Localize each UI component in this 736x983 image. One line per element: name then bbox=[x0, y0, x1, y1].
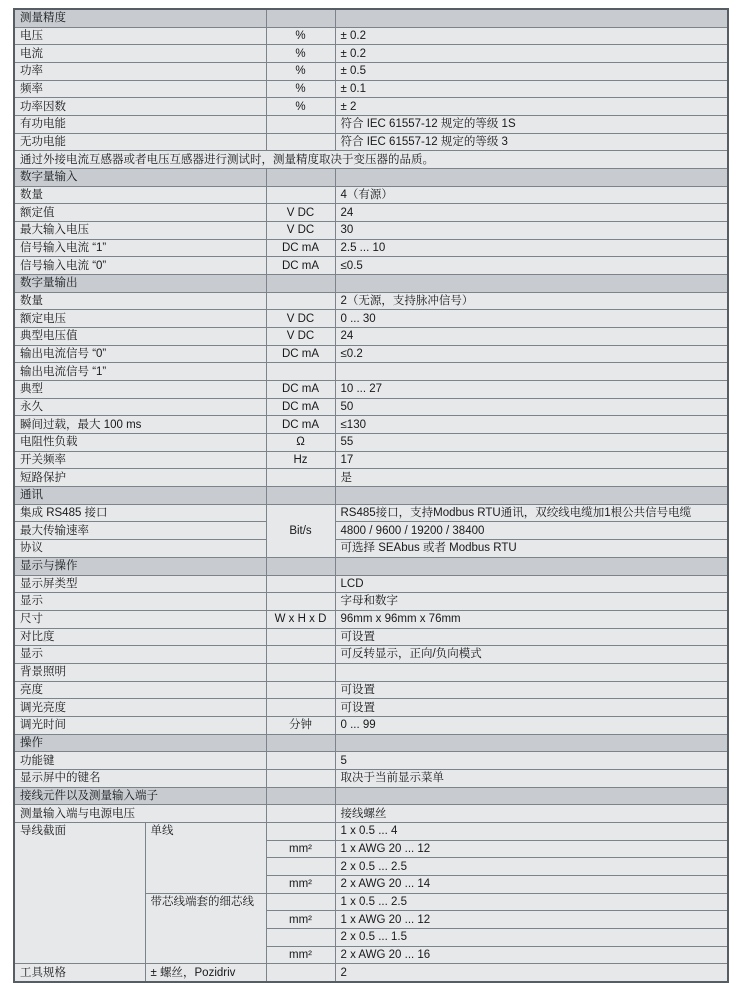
spec-value: 0 ... 99 bbox=[335, 716, 728, 734]
spec-label: 开关频率 bbox=[14, 451, 266, 469]
spec-unit: V DC bbox=[266, 222, 335, 240]
spec-value bbox=[335, 734, 728, 752]
spec-value: 55 bbox=[335, 434, 728, 452]
spec-value: 1 x 0.5 ... 4 bbox=[335, 822, 728, 840]
spec-label: 电流 bbox=[14, 45, 266, 63]
spec-value: 5 bbox=[335, 752, 728, 770]
section-header-row: 数字量输出 bbox=[14, 275, 728, 293]
spec-row: 功能键 5 bbox=[14, 752, 728, 770]
spec-value: 2.5 ... 10 bbox=[335, 239, 728, 257]
spec-sublabel: 带芯线端套的细芯线 bbox=[145, 893, 266, 964]
spec-value bbox=[335, 487, 728, 505]
spec-unit bbox=[266, 893, 335, 911]
spec-value: 24 bbox=[335, 328, 728, 346]
spec-value: ≤0.5 bbox=[335, 257, 728, 275]
spec-value: 符合 IEC 61557-12 规定的等级 3 bbox=[335, 133, 728, 151]
spec-row: 额定电压 V DC 0 ... 30 bbox=[14, 310, 728, 328]
spec-value: 2（无源，支持脉冲信号） bbox=[335, 292, 728, 310]
spec-value bbox=[335, 363, 728, 381]
spec-unit bbox=[266, 787, 335, 805]
spec-unit bbox=[266, 752, 335, 770]
spec-value: 1 x 0.5 ... 2.5 bbox=[335, 893, 728, 911]
spec-unit bbox=[266, 557, 335, 575]
spec-unit: % bbox=[266, 80, 335, 98]
spec-row: 显示 字母和数字 bbox=[14, 593, 728, 611]
spec-unit bbox=[266, 699, 335, 717]
section-title: 通讯 bbox=[14, 487, 266, 505]
spec-value: RS485接口，支持Modbus RTU通讯，双绞线电缆加1根公共信号电缆 bbox=[335, 504, 728, 522]
spec-value: 可反转显示，正向/负向模式 bbox=[335, 646, 728, 664]
spec-unit bbox=[266, 487, 335, 505]
spec-value: 2 bbox=[335, 964, 728, 982]
spec-row: 调光亮度 可设置 bbox=[14, 699, 728, 717]
spec-label: 对比度 bbox=[14, 628, 266, 646]
spec-unit bbox=[266, 169, 335, 187]
spec-value: 可设置 bbox=[335, 699, 728, 717]
spec-row: 显示 可反转显示，正向/负向模式 bbox=[14, 646, 728, 664]
spec-value: 50 bbox=[335, 398, 728, 416]
spec-label: 信号输入电流 “1” bbox=[14, 239, 266, 257]
spec-value: 10 ... 27 bbox=[335, 381, 728, 399]
spec-value: LCD bbox=[335, 575, 728, 593]
spec-row: 协议 可选择 SEAbus 或者 Modbus RTU bbox=[14, 540, 728, 558]
spec-row: 亮度 可设置 bbox=[14, 681, 728, 699]
spec-row: 对比度 可设置 bbox=[14, 628, 728, 646]
spec-unit bbox=[266, 769, 335, 787]
spec-unit: V DC bbox=[266, 310, 335, 328]
spec-label: 亮度 bbox=[14, 681, 266, 699]
spec-row: 永久 DC mA 50 bbox=[14, 398, 728, 416]
spec-row: 导线截面 单线 1 x 0.5 ... 4 bbox=[14, 822, 728, 840]
spec-label: 瞬间过载，最大 100 ms bbox=[14, 416, 266, 434]
section-title: 数字量输入 bbox=[14, 169, 266, 187]
spec-label: 调光亮度 bbox=[14, 699, 266, 717]
spec-label: 功率因数 bbox=[14, 98, 266, 116]
spec-value: 2 x 0.5 ... 2.5 bbox=[335, 858, 728, 876]
spec-row: 电压 % ± 0.2 bbox=[14, 27, 728, 45]
spec-value: 1 x AWG 20 ... 12 bbox=[335, 911, 728, 929]
section-title: 显示与操作 bbox=[14, 557, 266, 575]
spec-label: 背景照明 bbox=[14, 663, 266, 681]
spec-value: ± 0.5 bbox=[335, 63, 728, 81]
spec-unit bbox=[266, 734, 335, 752]
spec-row: 工具规格 ± 螺丝，Pozidriv 2 bbox=[14, 964, 728, 982]
spec-unit: 分钟 bbox=[266, 716, 335, 734]
spec-unit: W x H x D bbox=[266, 610, 335, 628]
spec-value: 2 x 0.5 ... 1.5 bbox=[335, 928, 728, 946]
spec-row: 开关频率 Hz 17 bbox=[14, 451, 728, 469]
spec-unit bbox=[266, 133, 335, 151]
spec-value: 24 bbox=[335, 204, 728, 222]
spec-unit: V DC bbox=[266, 328, 335, 346]
section-title: 测量精度 bbox=[14, 9, 266, 27]
spec-row: 输出电流信号 “1” bbox=[14, 363, 728, 381]
spec-label: 调光时间 bbox=[14, 716, 266, 734]
spec-unit: % bbox=[266, 98, 335, 116]
spec-unit bbox=[266, 646, 335, 664]
spec-row: 典型电压值 V DC 24 bbox=[14, 328, 728, 346]
spec-label: 最大输入电压 bbox=[14, 222, 266, 240]
spec-label: 功率 bbox=[14, 63, 266, 81]
spec-row: 短路保护 是 bbox=[14, 469, 728, 487]
spec-table: 测量精度 电压 % ± 0.2 电流 % ± 0.2 功率 % ± 0.5 频率… bbox=[13, 8, 729, 983]
section-header-row: 显示与操作 bbox=[14, 557, 728, 575]
spec-value: ± 0.2 bbox=[335, 45, 728, 63]
spec-row: 信号输入电流 “1” DC mA 2.5 ... 10 bbox=[14, 239, 728, 257]
spec-unit: Bit/s bbox=[266, 504, 335, 557]
spec-label: 短路保护 bbox=[14, 469, 266, 487]
spec-row: 调光时间 分钟 0 ... 99 bbox=[14, 716, 728, 734]
spec-unit bbox=[266, 822, 335, 840]
spec-value: ≤130 bbox=[335, 416, 728, 434]
spec-row: 显示屏类型 LCD bbox=[14, 575, 728, 593]
spec-row: 电阻性负载 Ω 55 bbox=[14, 434, 728, 452]
spec-label: 额定电压 bbox=[14, 310, 266, 328]
spec-value: 取决于当前显示菜单 bbox=[335, 769, 728, 787]
spec-unit bbox=[266, 116, 335, 134]
spec-label: 输出电流信号 “1” bbox=[14, 363, 266, 381]
spec-value: 96mm x 96mm x 76mm bbox=[335, 610, 728, 628]
spec-label: 功能键 bbox=[14, 752, 266, 770]
spec-label: 电阻性负载 bbox=[14, 434, 266, 452]
spec-value bbox=[335, 787, 728, 805]
spec-unit: % bbox=[266, 63, 335, 81]
spec-value bbox=[335, 663, 728, 681]
spec-unit: DC mA bbox=[266, 416, 335, 434]
section-header-row: 通讯 bbox=[14, 487, 728, 505]
spec-row: 额定值 V DC 24 bbox=[14, 204, 728, 222]
section-header-row: 接线元件以及测量输入端子 bbox=[14, 787, 728, 805]
spec-value: 30 bbox=[335, 222, 728, 240]
spec-value: 4（有源） bbox=[335, 186, 728, 204]
spec-label: 信号输入电流 “0” bbox=[14, 257, 266, 275]
spec-unit: Ω bbox=[266, 434, 335, 452]
spec-unit bbox=[266, 805, 335, 823]
spec-row: 背景照明 bbox=[14, 663, 728, 681]
spec-sheet: 测量精度 电压 % ± 0.2 电流 % ± 0.2 功率 % ± 0.5 频率… bbox=[13, 8, 729, 983]
spec-sublabel: 单线 bbox=[145, 822, 266, 893]
spec-value: 字母和数字 bbox=[335, 593, 728, 611]
spec-label: 显示屏中的键名 bbox=[14, 769, 266, 787]
spec-unit: DC mA bbox=[266, 381, 335, 399]
spec-sublabel: ± 螺丝，Pozidriv bbox=[145, 964, 266, 982]
spec-value: ± 2 bbox=[335, 98, 728, 116]
spec-value: 2 x AWG 20 ... 16 bbox=[335, 946, 728, 964]
spec-label: 无功电能 bbox=[14, 133, 266, 151]
spec-label: 协议 bbox=[14, 540, 266, 558]
spec-unit bbox=[266, 964, 335, 982]
spec-row: 瞬间过载，最大 100 ms DC mA ≤130 bbox=[14, 416, 728, 434]
spec-label: 频率 bbox=[14, 80, 266, 98]
section-header-row: 数字量输入 bbox=[14, 169, 728, 187]
spec-row: 信号输入电流 “0” DC mA ≤0.5 bbox=[14, 257, 728, 275]
spec-unit bbox=[266, 681, 335, 699]
spec-label: 永久 bbox=[14, 398, 266, 416]
spec-row: 有功电能 符合 IEC 61557-12 规定的等级 1S bbox=[14, 116, 728, 134]
spec-value: 可设置 bbox=[335, 628, 728, 646]
spec-label: 尺寸 bbox=[14, 610, 266, 628]
spec-label: 显示 bbox=[14, 646, 266, 664]
spec-value: 2 x AWG 20 ... 14 bbox=[335, 875, 728, 893]
spec-label: 集成 RS485 接口 bbox=[14, 504, 266, 522]
spec-value: ≤0.2 bbox=[335, 345, 728, 363]
spec-row: 功率因数 % ± 2 bbox=[14, 98, 728, 116]
spec-value bbox=[335, 169, 728, 187]
spec-label: 显示屏类型 bbox=[14, 575, 266, 593]
spec-row: 典型 DC mA 10 ... 27 bbox=[14, 381, 728, 399]
spec-label: 数量 bbox=[14, 292, 266, 310]
spec-unit bbox=[266, 292, 335, 310]
spec-unit bbox=[266, 858, 335, 876]
spec-unit bbox=[266, 593, 335, 611]
spec-row: 频率 % ± 0.1 bbox=[14, 80, 728, 98]
spec-unit bbox=[266, 275, 335, 293]
spec-row: 数量 2（无源，支持脉冲信号） bbox=[14, 292, 728, 310]
spec-unit: DC mA bbox=[266, 345, 335, 363]
section-header-row: 测量精度 bbox=[14, 9, 728, 27]
spec-unit: V DC bbox=[266, 204, 335, 222]
spec-label: 显示 bbox=[14, 593, 266, 611]
spec-unit: % bbox=[266, 27, 335, 45]
section-title: 数字量输出 bbox=[14, 275, 266, 293]
spec-unit: Hz bbox=[266, 451, 335, 469]
spec-row: 电流 % ± 0.2 bbox=[14, 45, 728, 63]
spec-value bbox=[335, 9, 728, 27]
spec-label: 有功电能 bbox=[14, 116, 266, 134]
spec-value: ± 0.2 bbox=[335, 27, 728, 45]
spec-value: 可设置 bbox=[335, 681, 728, 699]
spec-label: 最大传输速率 bbox=[14, 522, 266, 540]
spec-label: 导线截面 bbox=[14, 822, 145, 963]
spec-value: 4800 / 9600 / 19200 / 38400 bbox=[335, 522, 728, 540]
spec-unit: mm² bbox=[266, 946, 335, 964]
spec-value: 1 x AWG 20 ... 12 bbox=[335, 840, 728, 858]
spec-value bbox=[335, 275, 728, 293]
spec-unit bbox=[266, 469, 335, 487]
spec-row: 测量输入端与电源电压 接线螺丝 bbox=[14, 805, 728, 823]
spec-unit: mm² bbox=[266, 911, 335, 929]
spec-unit: mm² bbox=[266, 875, 335, 893]
spec-label: 典型电压值 bbox=[14, 328, 266, 346]
spec-row: 集成 RS485 接口 Bit/s RS485接口，支持Modbus RTU通讯… bbox=[14, 504, 728, 522]
spec-unit: DC mA bbox=[266, 239, 335, 257]
spec-value: 可选择 SEAbus 或者 Modbus RTU bbox=[335, 540, 728, 558]
spec-unit bbox=[266, 575, 335, 593]
spec-row: 功率 % ± 0.5 bbox=[14, 63, 728, 81]
spec-label: 额定值 bbox=[14, 204, 266, 222]
spec-value: 17 bbox=[335, 451, 728, 469]
spec-unit: DC mA bbox=[266, 257, 335, 275]
spec-unit bbox=[266, 628, 335, 646]
spec-label: 测量输入端与电源电压 bbox=[14, 805, 266, 823]
note-row: 通过外接电流互感器或者电压互感器进行测试时，测量精度取决于变压器的品质。 bbox=[14, 151, 728, 169]
spec-label: 输出电流信号 “0” bbox=[14, 345, 266, 363]
spec-value: ± 0.1 bbox=[335, 80, 728, 98]
spec-unit bbox=[266, 9, 335, 27]
spec-row: 输出电流信号 “0” DC mA ≤0.2 bbox=[14, 345, 728, 363]
note-text: 通过外接电流互感器或者电压互感器进行测试时，测量精度取决于变压器的品质。 bbox=[14, 151, 728, 169]
spec-label: 电压 bbox=[14, 27, 266, 45]
spec-row: 最大输入电压 V DC 30 bbox=[14, 222, 728, 240]
section-title: 接线元件以及测量输入端子 bbox=[14, 787, 266, 805]
spec-value bbox=[335, 557, 728, 575]
spec-unit bbox=[266, 363, 335, 381]
spec-value: 符合 IEC 61557-12 规定的等级 1S bbox=[335, 116, 728, 134]
spec-unit: DC mA bbox=[266, 398, 335, 416]
spec-unit: mm² bbox=[266, 840, 335, 858]
spec-value: 是 bbox=[335, 469, 728, 487]
spec-unit bbox=[266, 186, 335, 204]
spec-label: 数量 bbox=[14, 186, 266, 204]
spec-value: 0 ... 30 bbox=[335, 310, 728, 328]
spec-unit bbox=[266, 928, 335, 946]
spec-row: 尺寸 W x H x D 96mm x 96mm x 76mm bbox=[14, 610, 728, 628]
spec-unit: % bbox=[266, 45, 335, 63]
section-header-row: 操作 bbox=[14, 734, 728, 752]
spec-row: 显示屏中的键名 取决于当前显示菜单 bbox=[14, 769, 728, 787]
spec-row: 数量 4（有源） bbox=[14, 186, 728, 204]
spec-label: 工具规格 bbox=[14, 964, 145, 982]
spec-label: 典型 bbox=[14, 381, 266, 399]
spec-row: 最大传输速率 4800 / 9600 / 19200 / 38400 bbox=[14, 522, 728, 540]
spec-unit bbox=[266, 663, 335, 681]
spec-row: 无功电能 符合 IEC 61557-12 规定的等级 3 bbox=[14, 133, 728, 151]
section-title: 操作 bbox=[14, 734, 266, 752]
spec-value: 接线螺丝 bbox=[335, 805, 728, 823]
